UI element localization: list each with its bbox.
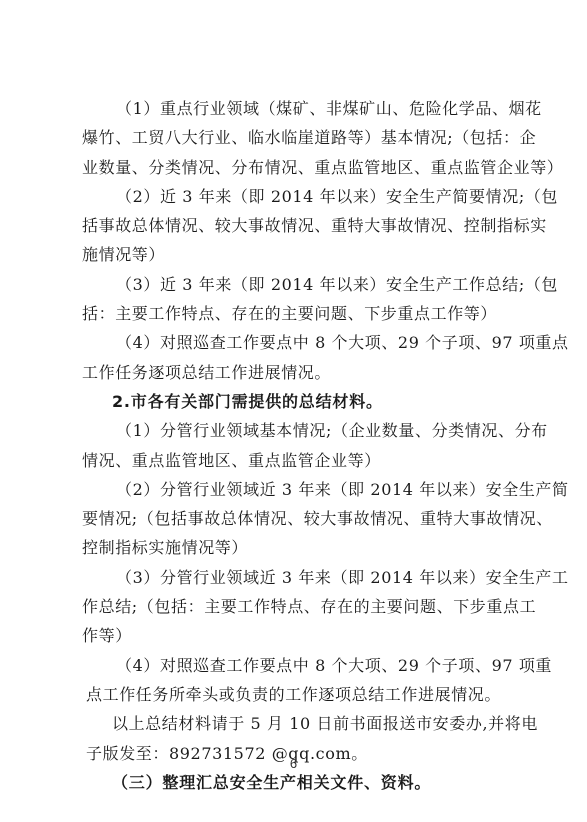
paragraph-2-2-line-1: （2）分管行业领域近 3 年来（即 2014 年以来）安全生产简 — [82, 475, 522, 504]
submission-note-line-1: 以上总结材料请于 5 月 10 日前书面报送市安委办,并将电 — [82, 709, 522, 738]
paragraph-1-2-line-2: 括事故总体情况、较大事故情况、重特大事故情况、控制指标实 — [82, 211, 522, 240]
paragraph-1-1-line-1: （1）重点行业领域（煤矿、非煤矿山、危险化学品、烟花 — [82, 94, 522, 123]
paragraph-1-4-line-1: （4）对照巡查工作要点中 8 个大项、29 个子项、97 项重点 — [82, 328, 522, 357]
paragraph-2-1-line-1: （1）分管行业领域基本情况;（企业数量、分类情况、分布 — [82, 416, 522, 445]
paragraph-1-3-line-2: 括：主要工作特点、存在的主要问题、下步重点工作等） — [82, 299, 522, 328]
paragraph-1-3-line-1: （3）近 3 年来（即 2014 年以来）安全生产工作总结;（包 — [82, 270, 522, 299]
paragraph-2-2-line-3: 控制指标实施情况等） — [82, 533, 522, 562]
paragraph-2-3-line-2: 作总结;（包括：主要工作特点、存在的主要问题、下步重点工 — [82, 592, 522, 621]
document-body: （1）重点行业领域（煤矿、非煤矿山、危险化学品、烟花 爆竹、工贸八大行业、临水临… — [82, 94, 522, 797]
paragraph-2-3-line-1: （3）分管行业领域近 3 年来（即 2014 年以来）安全生产工 — [82, 563, 522, 592]
section-heading-3: （三）整理汇总安全生产相关文件、资料。 — [82, 768, 522, 797]
paragraph-2-4-line-1: （4）对照巡查工作要点中 8 个大项、29 个子项、97 项重 — [82, 651, 522, 680]
paragraph-2-4-line-2: 点工作任务所牵头或负责的工作逐项总结工作进展情况。 — [82, 680, 522, 709]
paragraph-2-1-line-2: 情况、重点监管地区、重点监管企业等） — [82, 446, 522, 475]
paragraph-1-1-line-2: 爆竹、工贸八大行业、临水临崖道路等）基本情况;（包括：企 — [82, 123, 522, 152]
paragraph-1-2-line-3: 施情况等） — [82, 240, 522, 269]
paragraph-2-2-line-2: 要情况;（包括事故总体情况、较大事故情况、重特大事故情况、 — [82, 504, 522, 533]
paragraph-1-1-line-3: 业数量、分类情况、分布情况、重点监管地区、重点监管企业等） — [82, 153, 522, 182]
paragraph-1-2-line-1: （2）近 3 年来（即 2014 年以来）安全生产简要情况;（包 — [82, 182, 522, 211]
page-number: 6 — [0, 756, 587, 771]
paragraph-1-4-line-2: 工作任务逐项总结工作进展情况。 — [82, 358, 522, 387]
paragraph-2-3-line-3: 作等） — [82, 621, 522, 650]
section-heading-2: 2.市各有关部门需提供的总结材料。 — [82, 387, 522, 416]
